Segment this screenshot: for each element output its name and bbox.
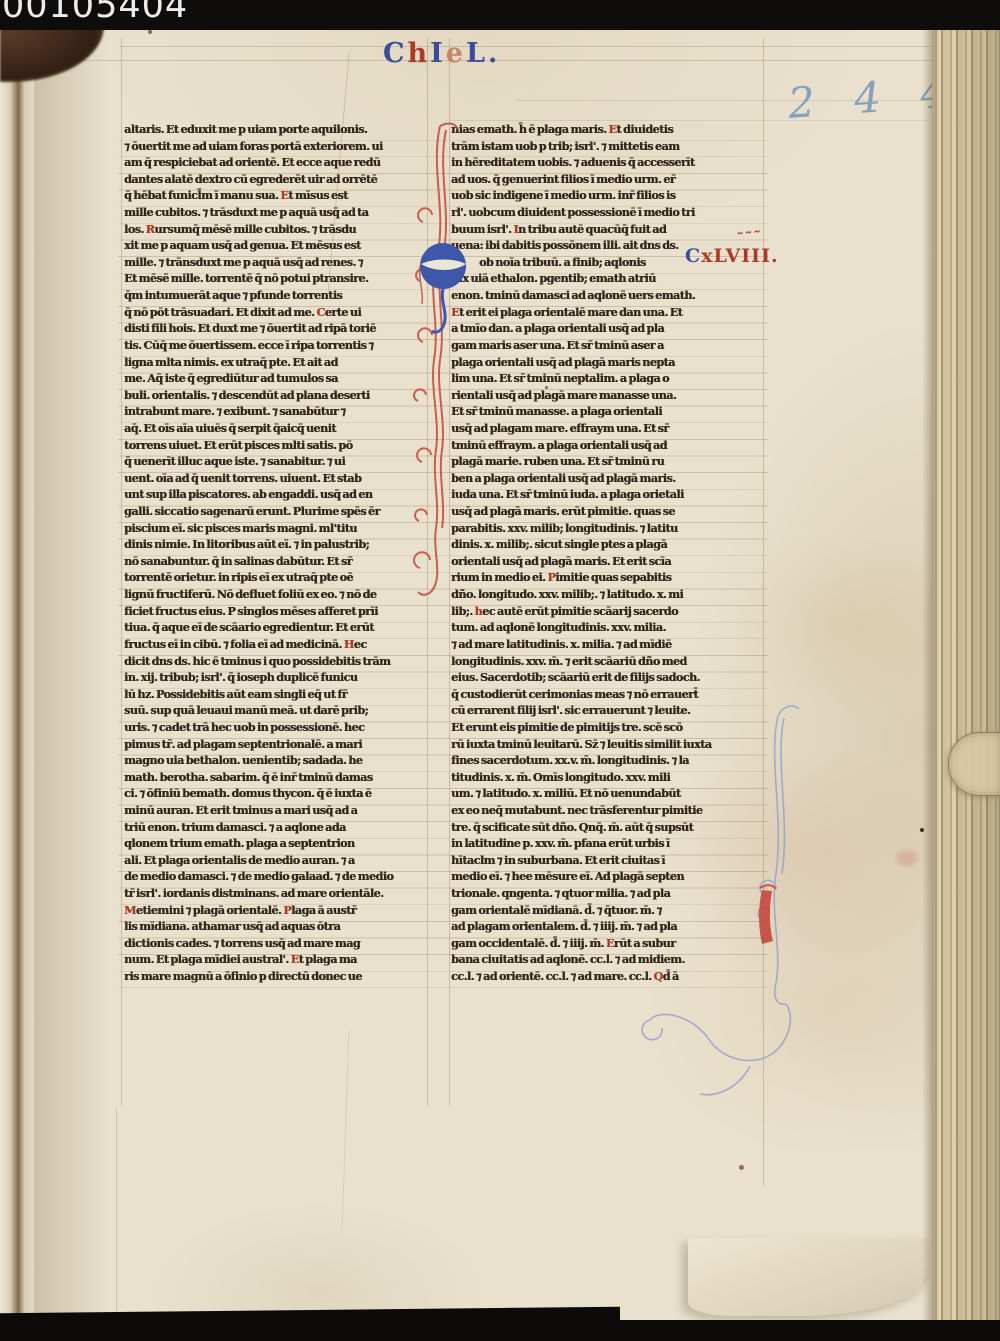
text-line: ficiet fructus eius. P singlos mēses aff… [124,603,426,620]
text-line: longitudinis. xxv. m̄. ⁊ erit scāariū dñ… [451,653,763,670]
text-line: dicit dns ds. hic ē tminus i quo posside… [124,653,426,670]
text-line: Et sr̄ tminū manasse. a plaga orientali [451,403,763,420]
text-line: iuda una. Et sr̄ tminū iuda. a plaga ori… [451,486,763,503]
text-line: in. xij. tribub; isrl'. q̄ ioseph duplic… [124,669,426,686]
text-line: ci. ⁊ ōfiniū bemath. domus thycon. q̄ ē … [124,785,426,802]
text-line: usq̄ ad plagam mare. effraym una. Et sr̄ [451,420,763,437]
text-line: triū enon. trium damasci. ⁊ a aqlone ada [124,819,426,836]
text-line: um. ⁊ latitudo. x. miliū. Et nō uenundab… [451,785,763,802]
text-line: rientali usq̄ ad plagā mare manasse una. [451,387,763,404]
text-line: ben a plaga orientali usq̄ ad plagā mari… [451,470,763,487]
text-line: dictionis cades. ⁊ torrens usq̄ ad mare … [124,935,426,952]
text-line: hītaclm ⁊ in suburbana. Et erit ciuitas … [451,852,763,869]
text-line: tre. q̄ scificate sūt dño. Qnq̄. m̄. aūt… [451,819,763,836]
text-line: tis. Cūq̄ me ōuertissem. ecce ī ripa tor… [124,337,426,354]
text-line: de medio damasci. ⁊ de medio galaad. ⁊ d… [124,868,426,885]
text-line: am q̄ respiciebat ad orientē. Et ecce aq… [124,154,426,171]
text-line: in hēreditatem uobis. ⁊ aduenis q̄ acces… [451,154,763,171]
vertical-ruling [763,38,764,1186]
text-line: suū. sup quā leuaui manū meā. ut darē pr… [124,702,426,719]
text-line: torrentē orietur. in ripis eī ex utraq̄ … [124,569,426,586]
text-line: plaga orientali usq̄ ad plagā maris nept… [451,354,763,371]
manuscript-scan: { "scan": { "shelfmark_number": "0010540… [0,0,1000,1341]
text-line: tminū effraym. a plaga orientali usq̄ ad [451,437,763,454]
text-column-left: altaris. Et eduxit me p uiam porte aquil… [124,121,426,985]
text-line: pimus tr̄. ad plagam septentrionalē. a m… [124,736,426,753]
text-line: ad plagam orientalem. d̄. ⁊ iiij. m̄. ⁊ … [451,918,763,935]
vertical-ruling [427,38,428,1106]
text-line: q̄ uenerīt illuc aque iste. ⁊ sanabitur.… [124,453,426,470]
text-line: magno uia bethalon. uenientib; sadada. h… [124,752,426,769]
text-line: math. berotha. sabarim. q̄ ē inr̄ tminū … [124,769,426,786]
red-smudge [896,850,918,866]
rust-spot [739,1165,744,1170]
text-line: gam occidentalē. d̄. ⁊ iiij. m̄. Erūt a … [451,935,763,952]
text-line: ali. Et plaga orientalis de medio auran.… [124,852,426,869]
text-line: dantes alatē dextro cū egrederēt uir ad … [124,171,426,188]
text-line: ad uos. q̄ genuerint filios ī medio urm.… [451,171,763,188]
text-line: intrabunt mare. ⁊ exibunt. ⁊ sanabūtur ⁊ [124,403,426,420]
text-line: dño. longitudo. xxv. milib;. ⁊ latitudo.… [451,586,763,603]
text-line: cc.l. ⁊ ad orientē. cc.l. ⁊ ad mare. cc.… [451,968,763,985]
scan-strip-top: 00105404 [0,0,1000,30]
text-line: tum. ad aqlonē longitudinis. xxv. milia. [451,619,763,636]
text-line: Et mēsē mille. torrentē q̄ nō potui ptra… [124,270,426,287]
text-line: lib;. hec autē erūt pimitie scāarij sace… [451,603,763,620]
text-line: lis mīdiana. athamar usq̄ ad aquas ōtra [124,918,426,935]
binding-gutter [0,28,34,1320]
text-line: uob sic indigene ī medio urm. inr̄ filio… [451,187,763,204]
text-line: iux uiā ethalon. pgentib; emath atriū [451,270,763,287]
text-line: lim una. Et sr̄ tminū neptalim. a plaga … [451,370,763,387]
text-line: orientali usq̄ ad plagā maris. Et erit s… [451,553,763,570]
text-line: aq̄. Et oīs aīa uiuēs q̄ serpit q̄aicq̄ … [124,420,426,437]
text-line: qlonem trium emath. plaga a septentrion [124,835,426,852]
text-line: medio eī. ⁊ hee mēsure eī. Ad plagā sept… [451,868,763,885]
text-line: trām istam uob p trib; isrl'. ⁊ mittetis… [451,138,763,155]
parchment-crease [116,1108,117,1313]
text-line: Metiemini ⁊ plagā orientalē. Plaga ā aus… [124,902,426,919]
text-line: a tmīo dan. a plaga orientali usq̄ ad pl… [451,320,763,337]
text-line: piscium eī. sic pisces maris magni. ml't… [124,520,426,537]
text-line: q̄ custodierūt cerimonias meas ⁊ nō erra… [451,686,763,703]
text-line: galli. siccatio sagenarū erunt. Plurime … [124,503,426,520]
text-line: lū hz. Possidebitis aūt eam singli eq̄ u… [124,686,426,703]
text-line: ris mare magnū a ōfinio p directū donec … [124,968,426,985]
text-line: los. Rursumq̄ mēsē mille cubitos. ⁊ trās… [124,221,426,238]
text-line: lignū fructiferū. Nō defluet foliū ex eo… [124,586,426,603]
text-line: tr̄ isrl'. iordanis distminans. ad mare … [124,885,426,902]
vertical-ruling [121,38,122,1106]
text-line: dinis. x. milib;. sicut single ptes a pl… [451,536,763,553]
text-line: tiua. q̄ aque eī de scāario egredientur.… [124,619,426,636]
ink-spot [545,386,548,389]
text-line: q̄ hēbat funicl̄m ī manu sua. Et mīsus e… [124,187,426,204]
text-line: plagā marie. ruben una. Et sr̄ tminū ru [451,453,763,470]
text-line: minū auran. Et erit tminus a mari usq̄ a… [124,802,426,819]
text-line: in latitudine p. xxv. m̄. pfana erūt urb… [451,835,763,852]
text-line: eius. Sacerdotib; scāariū erit de filijs… [451,669,763,686]
text-line: altaris. Et eduxit me p uiam porte aquil… [124,121,426,138]
text-line: Et erit ei plaga orientalē mare dan una.… [451,304,763,321]
text-line: parabitis. xxv. milib; longitudinis. ⁊ l… [451,520,763,537]
text-line: ex eo neq̄ mutabunt. nec trāsferentur pi… [451,802,763,819]
text-line: ⁊ ōuertit me ad uiam foras portā exterio… [124,138,426,155]
text-line: num. Et plaga mīdiei austral'. Et plaga … [124,951,426,968]
text-line: buli. orientalis. ⁊ descendūt ad plana d… [124,387,426,404]
text-line: gam maris aser una. Et sr̄ tminū aser a [451,337,763,354]
text-line: ⁊ ad mare latitudinis. x. milia. ⁊ ad mī… [451,636,763,653]
header-rule [120,46,935,47]
text-line: fructus eī in cibū. ⁊ folia eī ad medici… [124,636,426,653]
text-line: q̄ nō pōt trāsuadari. Et dixit ad me. Ce… [124,304,426,321]
text-line: xit me p aquam usq̄ ad genua. Et mēsus e… [124,237,426,254]
text-line: torrens uiuet. Et erūt pisces mlti satis… [124,437,426,454]
text-line: q̄m intumuerāt aque ⁊ pfunde torrentis [124,287,426,304]
text-line: rl'. uobcum diuident possessionē ī medio… [451,204,763,221]
text-line: uris. ⁊ cadet trā hec uob in possessionē… [124,719,426,736]
page-edge-stack [932,28,1000,1320]
text-line: enon. tminū damasci ad aqlonē uers emath… [451,287,763,304]
vertical-ruling [449,38,450,1106]
text-line: mille cubitos. ⁊ trāsduxt me p aquā usq̄… [124,204,426,221]
text-line: unt sup illa piscatores. ab engaddi. usq… [124,486,426,503]
text-line: Et erunt eis pimitie de pimitijs tre. sc… [451,719,763,736]
text-line: disti fili hois. Et duxt me ⁊ ōuertit ad… [124,320,426,337]
text-line: fines sacerdotum. xx.v. m̄. longitudinis… [451,752,763,769]
vellum-index-tab [948,732,1000,796]
text-line: rium in medio ei. Pimitie quas sepabitis [451,569,763,586]
text-line: usq̄ ad plagā maris. erūt pimitie. quas … [451,503,763,520]
ink-spot [148,30,152,34]
shelfmark-number: 00105404 [2,0,188,26]
text-line: bana ciuitatis ad aqlonē. cc.l. ⁊ ad mid… [451,951,763,968]
text-line: uent. oīa ad q̄ uenit torrens. uiuent. E… [124,470,426,487]
text-line: mille. ⁊ trānsduxt me p aquā usq̄ ad ren… [124,254,426,271]
text-line: gam orientalē mīdianā. d̄. ⁊ q̄tuor. m̄.… [451,902,763,919]
chapter-marker-xlviii: CxLVIII. [685,245,779,267]
text-line: me. Aq̄ iste q̄ egrediūtur ad tumulos sa [124,370,426,387]
text-line: cū errarent filij isrl'. sic errauerunt … [451,702,763,719]
text-line: buum isrl'. In tribu autē quacūq̄ fuit a… [451,221,763,238]
text-line: trionale. qngenta. ⁊ qtuor milia. ⁊ ad p… [451,885,763,902]
running-title-ezechiel: ChIeL. [383,38,500,69]
scan-strip-bottom [0,1320,1000,1341]
text-line: ligna mlta nimis. ex utraq̄ pte. Et ait … [124,354,426,371]
text-line: nias emath. h̄ ē plaga maris. Et diuidet… [451,121,763,138]
text-line: titudinis. x. m̄. Omīs longitudo. xxv. m… [451,769,763,786]
text-line: dinis nimie. In litoribus aūt eī. ⁊ in p… [124,536,426,553]
text-line: nō sanabuntur. q̄ in salinas dabūtur. Et… [124,553,426,570]
text-line: rū iuxta tminū leuitarū. Sz̄ ⁊ leuitis s… [451,736,763,753]
